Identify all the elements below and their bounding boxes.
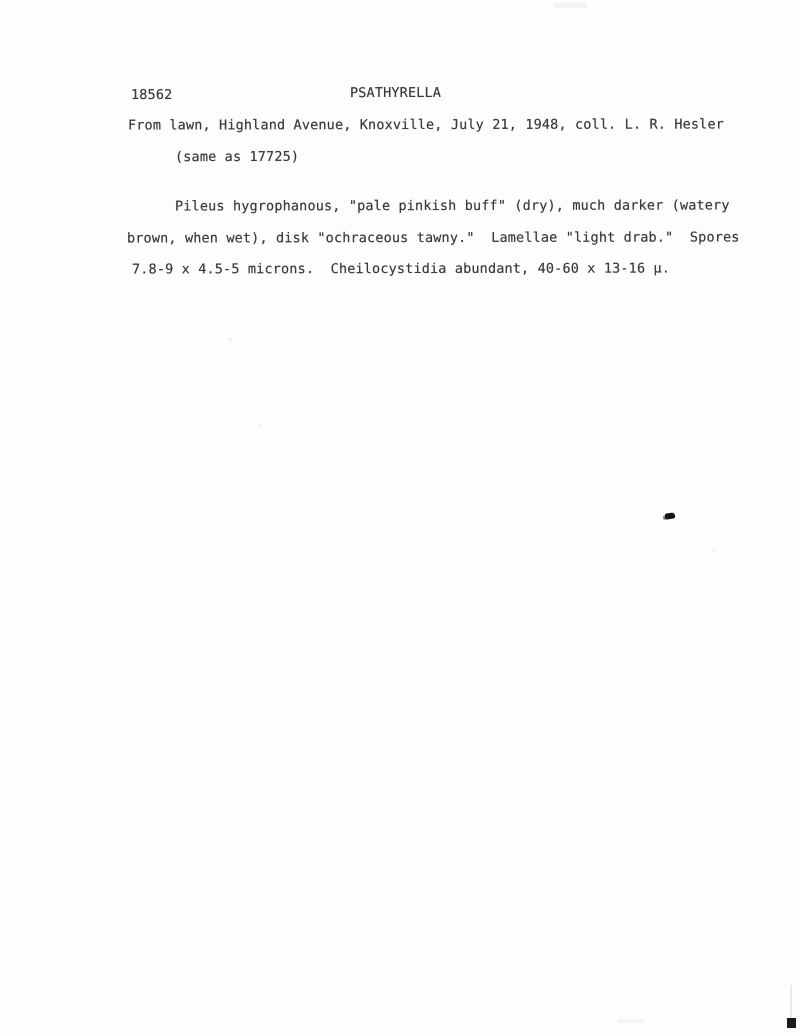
scan-edge-line xyxy=(790,985,792,1019)
scanned-document-page: 18562 PSATHYRELLA From lawn, Highland Av… xyxy=(0,0,800,1035)
scan-speck xyxy=(712,549,716,552)
same-as-line: (same as 17725) xyxy=(175,149,299,166)
description-line: brown, when wet), disk "ochraceous tawny… xyxy=(127,229,740,247)
scan-smudge xyxy=(553,3,587,8)
scan-corner-mark xyxy=(787,1018,796,1028)
description-line: Pileus hygrophanous, "pale pinkish buff"… xyxy=(175,198,730,216)
description-line: 7.8-9 x 4.5-5 microns. Cheilocystidia ab… xyxy=(132,261,670,279)
ink-speck xyxy=(665,512,676,519)
genus-title: PSATHYRELLA xyxy=(350,85,441,102)
scan-smudge xyxy=(618,1019,644,1023)
collection-line: From lawn, Highland Avenue, Knoxville, J… xyxy=(128,116,724,134)
scan-speck xyxy=(258,424,261,427)
scan-speck xyxy=(228,338,232,341)
accession-number: 18562 xyxy=(131,87,172,104)
